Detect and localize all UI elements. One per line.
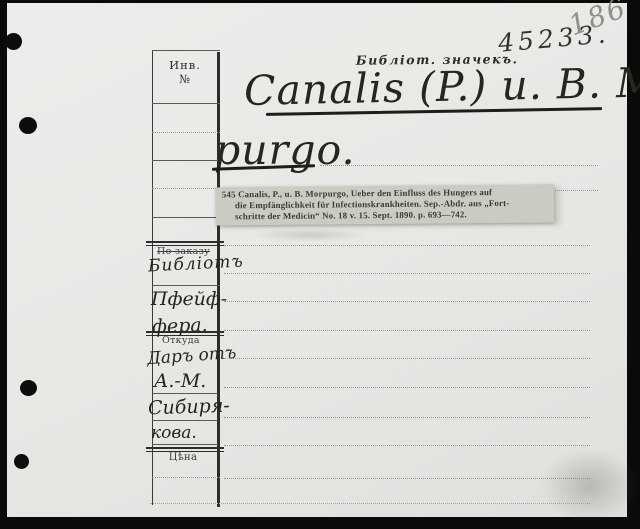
inventory-header-line2: № xyxy=(154,72,216,86)
punch-hole xyxy=(20,380,37,396)
punch-hole xyxy=(19,117,37,134)
rule xyxy=(320,165,598,166)
scanned-catalog-card: 186 45233. Библіот. значекъ. Инв. № Cana… xyxy=(0,0,640,529)
origin-handwriting: Сибиря- xyxy=(148,395,230,420)
inventory-column-header: Инв. № xyxy=(154,58,216,86)
rule xyxy=(152,50,220,51)
rule xyxy=(224,478,590,479)
rule xyxy=(150,503,590,504)
punch-hole xyxy=(5,33,22,50)
rule xyxy=(152,132,220,133)
origin-label: Откуда xyxy=(162,335,200,346)
punch-hole xyxy=(14,454,29,469)
rule xyxy=(224,358,590,359)
clipping-line: schritte der Medicin“ No. 18 v. 15. Sept… xyxy=(222,209,550,223)
rule xyxy=(152,444,218,445)
rule xyxy=(152,285,220,286)
handwritten-title-line1: Canalis (P.) и. B. Mor- xyxy=(244,57,640,115)
column-right-rule xyxy=(217,52,220,507)
rule xyxy=(152,188,220,189)
origin-handwriting: кова. xyxy=(151,423,197,443)
rule xyxy=(224,330,590,331)
section-separator xyxy=(146,447,224,449)
rule xyxy=(224,273,590,274)
scan-smudge xyxy=(250,228,370,242)
origin-handwriting: А.-М. xyxy=(154,370,206,392)
rule xyxy=(224,301,590,302)
rule xyxy=(152,160,220,161)
order-handwriting: Пфейф- xyxy=(151,288,227,310)
rule xyxy=(152,477,220,478)
rule xyxy=(152,420,218,421)
rule xyxy=(224,417,590,418)
rule xyxy=(152,393,218,394)
inventory-header-line1: Инв. xyxy=(154,58,216,72)
rule xyxy=(224,387,590,388)
rule xyxy=(224,245,590,246)
scan-smudge xyxy=(540,448,640,523)
price-label: Цѣна xyxy=(154,452,212,463)
section-separator xyxy=(146,241,224,243)
pasted-clipping: 545 Canalis, P., u. B. Morpurgo, Ueber d… xyxy=(216,185,554,226)
rule xyxy=(152,103,220,104)
rule xyxy=(224,445,590,446)
rule xyxy=(152,217,220,218)
